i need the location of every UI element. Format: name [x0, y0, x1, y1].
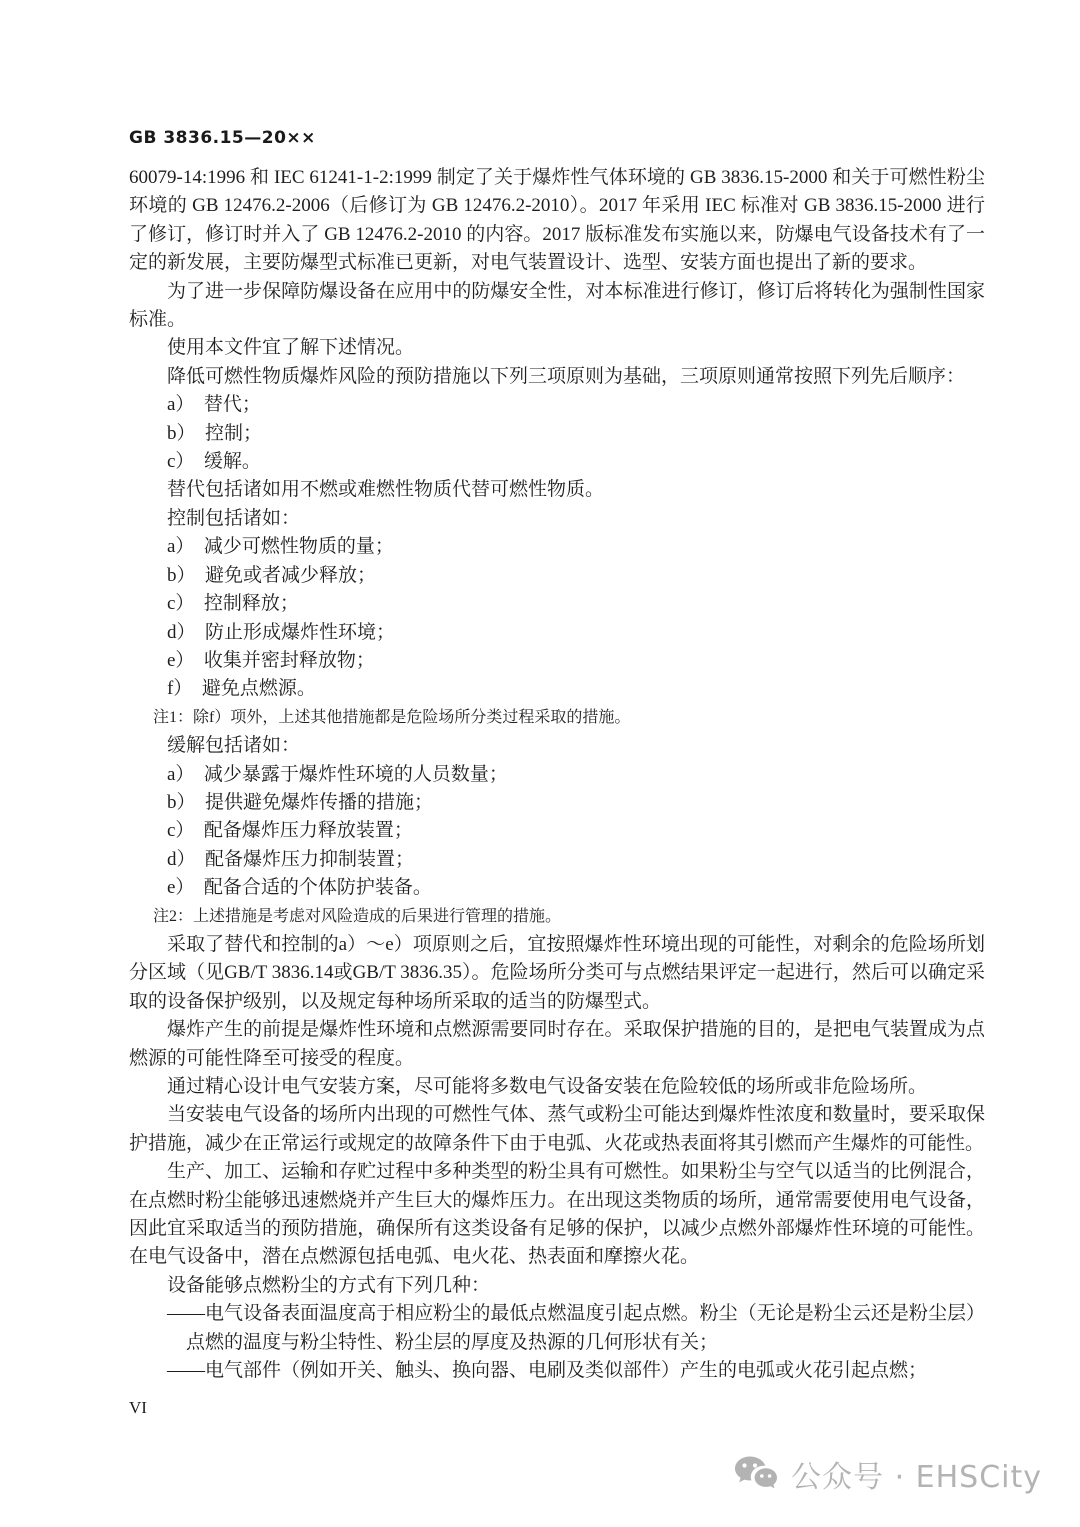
- paragraph: 60079-14:1996 和 IEC 61241-1-2:1999 制定了关于…: [129, 164, 985, 278]
- list-item: c） 控制释放；: [129, 590, 985, 618]
- dash-item: ——电气部件（例如开关、触头、换向器、电刷及类似部件）产生的电弧或火花引起点燃；: [129, 1357, 985, 1385]
- paragraph: 设备能够点燃粉尘的方式有下列几种：: [129, 1272, 985, 1300]
- list-item: c） 缓解。: [129, 448, 985, 476]
- paragraph: 生产、加工、运输和存贮过程中多种类型的粉尘具有可燃性。如果粉尘与空气以适当的比例…: [129, 1158, 985, 1272]
- watermark-label: 公众号 · EHSCity: [791, 1452, 1042, 1496]
- paragraph: 通过精心设计电气安装方案，尽可能将多数电气设备安装在危险较低的场所或非危险场所。: [129, 1073, 985, 1101]
- document-page: GB 3836.15—20×× 60079-14:1996 和 IEC 6124…: [0, 0, 1080, 1527]
- list-item: a） 减少可燃性物质的量；: [129, 533, 985, 561]
- watermark: 公众号 · EHSCity: [733, 1452, 1042, 1496]
- paragraph: 爆炸产生的前提是爆炸性环境和点燃源需要同时存在。采取保护措施的目的，是把电气装置…: [129, 1016, 985, 1073]
- paragraph: 降低可燃性物质爆炸风险的预防措施以下列三项原则为基础，三项原则通常按照下列先后顺…: [129, 363, 985, 391]
- page-number: VI: [129, 1398, 147, 1418]
- paragraph: 为了进一步保障防爆设备在应用中的防爆安全性，对本标准进行修订，修订后将转化为强制…: [129, 278, 985, 335]
- list-item: a） 减少暴露于爆炸性环境的人员数量；: [129, 761, 985, 789]
- list-item: b） 提供避免爆炸传播的措施；: [129, 789, 985, 817]
- paragraph: 缓解包括诸如：: [129, 732, 985, 760]
- list-item: b） 控制；: [129, 420, 985, 448]
- paragraph: 当安装电气设备的场所内出现的可燃性气体、蒸气或粉尘可能达到爆炸性浓度和数量时，要…: [129, 1101, 985, 1158]
- document-body: 60079-14:1996 和 IEC 61241-1-2:1999 制定了关于…: [129, 164, 985, 1385]
- wechat-icon: [733, 1455, 779, 1493]
- list-item: f） 避免点燃源。: [129, 675, 985, 703]
- standard-number-header: GB 3836.15—20××: [129, 128, 316, 148]
- list-item: d） 防止形成爆炸性环境；: [129, 619, 985, 647]
- list-item: d） 配备爆炸压力抑制装置；: [129, 846, 985, 874]
- paragraph: 替代包括诸如用不燃或难燃性物质代替可燃性物质。: [129, 476, 985, 504]
- paragraph: 采取了替代和控制的a）～e）项原则之后，宜按照爆炸性环境出现的可能性，对剩余的危…: [129, 931, 985, 1016]
- note: 注2：上述措施是考虑对风险造成的后果进行管理的措施。: [129, 903, 985, 931]
- paragraph: 使用本文件宜了解下述情况。: [129, 334, 985, 362]
- list-item: c） 配备爆炸压力释放装置；: [129, 817, 985, 845]
- paragraph: 控制包括诸如：: [129, 505, 985, 533]
- note: 注1：除f）项外，上述其他措施都是危险场所分类过程采取的措施。: [129, 704, 985, 732]
- list-item: e） 配备合适的个体防护装备。: [129, 874, 985, 902]
- list-item: b） 避免或者减少释放；: [129, 562, 985, 590]
- dash-item: ——电气设备表面温度高于相应粉尘的最低点燃温度引起点燃。粉尘（无论是粉尘云还是粉…: [129, 1300, 985, 1357]
- list-item: a） 替代；: [129, 391, 985, 419]
- list-item: e） 收集并密封释放物；: [129, 647, 985, 675]
